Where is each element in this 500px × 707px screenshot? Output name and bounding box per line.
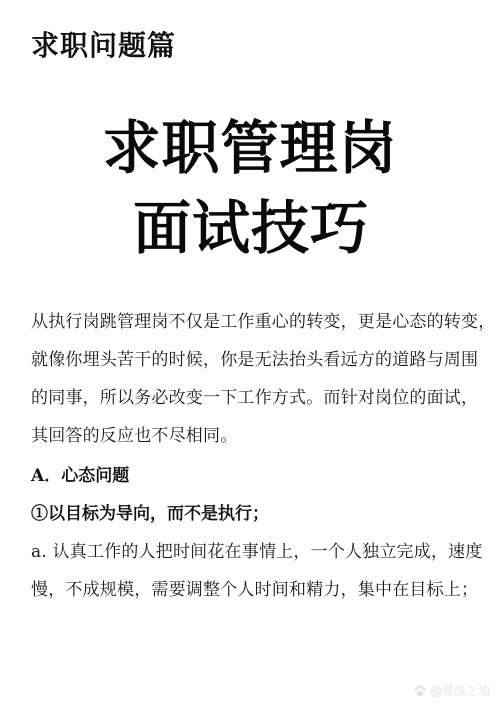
point-line: a. 认真工作的人把时间花在事情上，一个人独立完成，速度 bbox=[31, 537, 476, 575]
section-heading-a: A．心态问题 bbox=[31, 461, 476, 499]
intro-line: 的同事，所以务必改变一下工作方式。而针对岗位的面试， bbox=[31, 383, 476, 421]
point-1-paragraph: a. 认真工作的人把时间花在事情上，一个人独立完成，速度 慢，不成规模，需要调整… bbox=[31, 537, 476, 613]
paw-icon bbox=[413, 684, 427, 698]
intro-line: 就像你埋头苦干的时候，你是无法抬头看远方的道路与周围 bbox=[31, 345, 476, 383]
title-line-2: 面试技巧 bbox=[2, 188, 500, 268]
series-label: 求职问题篇 bbox=[31, 28, 176, 64]
watermark: @翠缘之地 bbox=[413, 682, 490, 699]
page-title: 求职管理岗 面试技巧 bbox=[0, 108, 500, 268]
article-body: 从执行岗跳管理岗不仅是工作重心的转变，更是心态的转变， 就像你埋头苦干的时候，你… bbox=[31, 307, 476, 613]
intro-line: 从执行岗跳管理岗不仅是工作重心的转变，更是心态的转变， bbox=[31, 307, 476, 345]
point-heading-1: ①以目标为导向，而不是执行； bbox=[31, 499, 476, 537]
intro-paragraph: 从执行岗跳管理岗不仅是工作重心的转变，更是心态的转变， 就像你埋头苦干的时候，你… bbox=[31, 307, 476, 461]
intro-line: 其回答的反应也不尽相同。 bbox=[31, 421, 476, 461]
title-line-1: 求职管理岗 bbox=[0, 108, 500, 188]
point-line: 慢，不成规模，需要调整个人时间和精力，集中在目标上； bbox=[31, 575, 476, 613]
watermark-text: @翠缘之地 bbox=[430, 682, 490, 699]
